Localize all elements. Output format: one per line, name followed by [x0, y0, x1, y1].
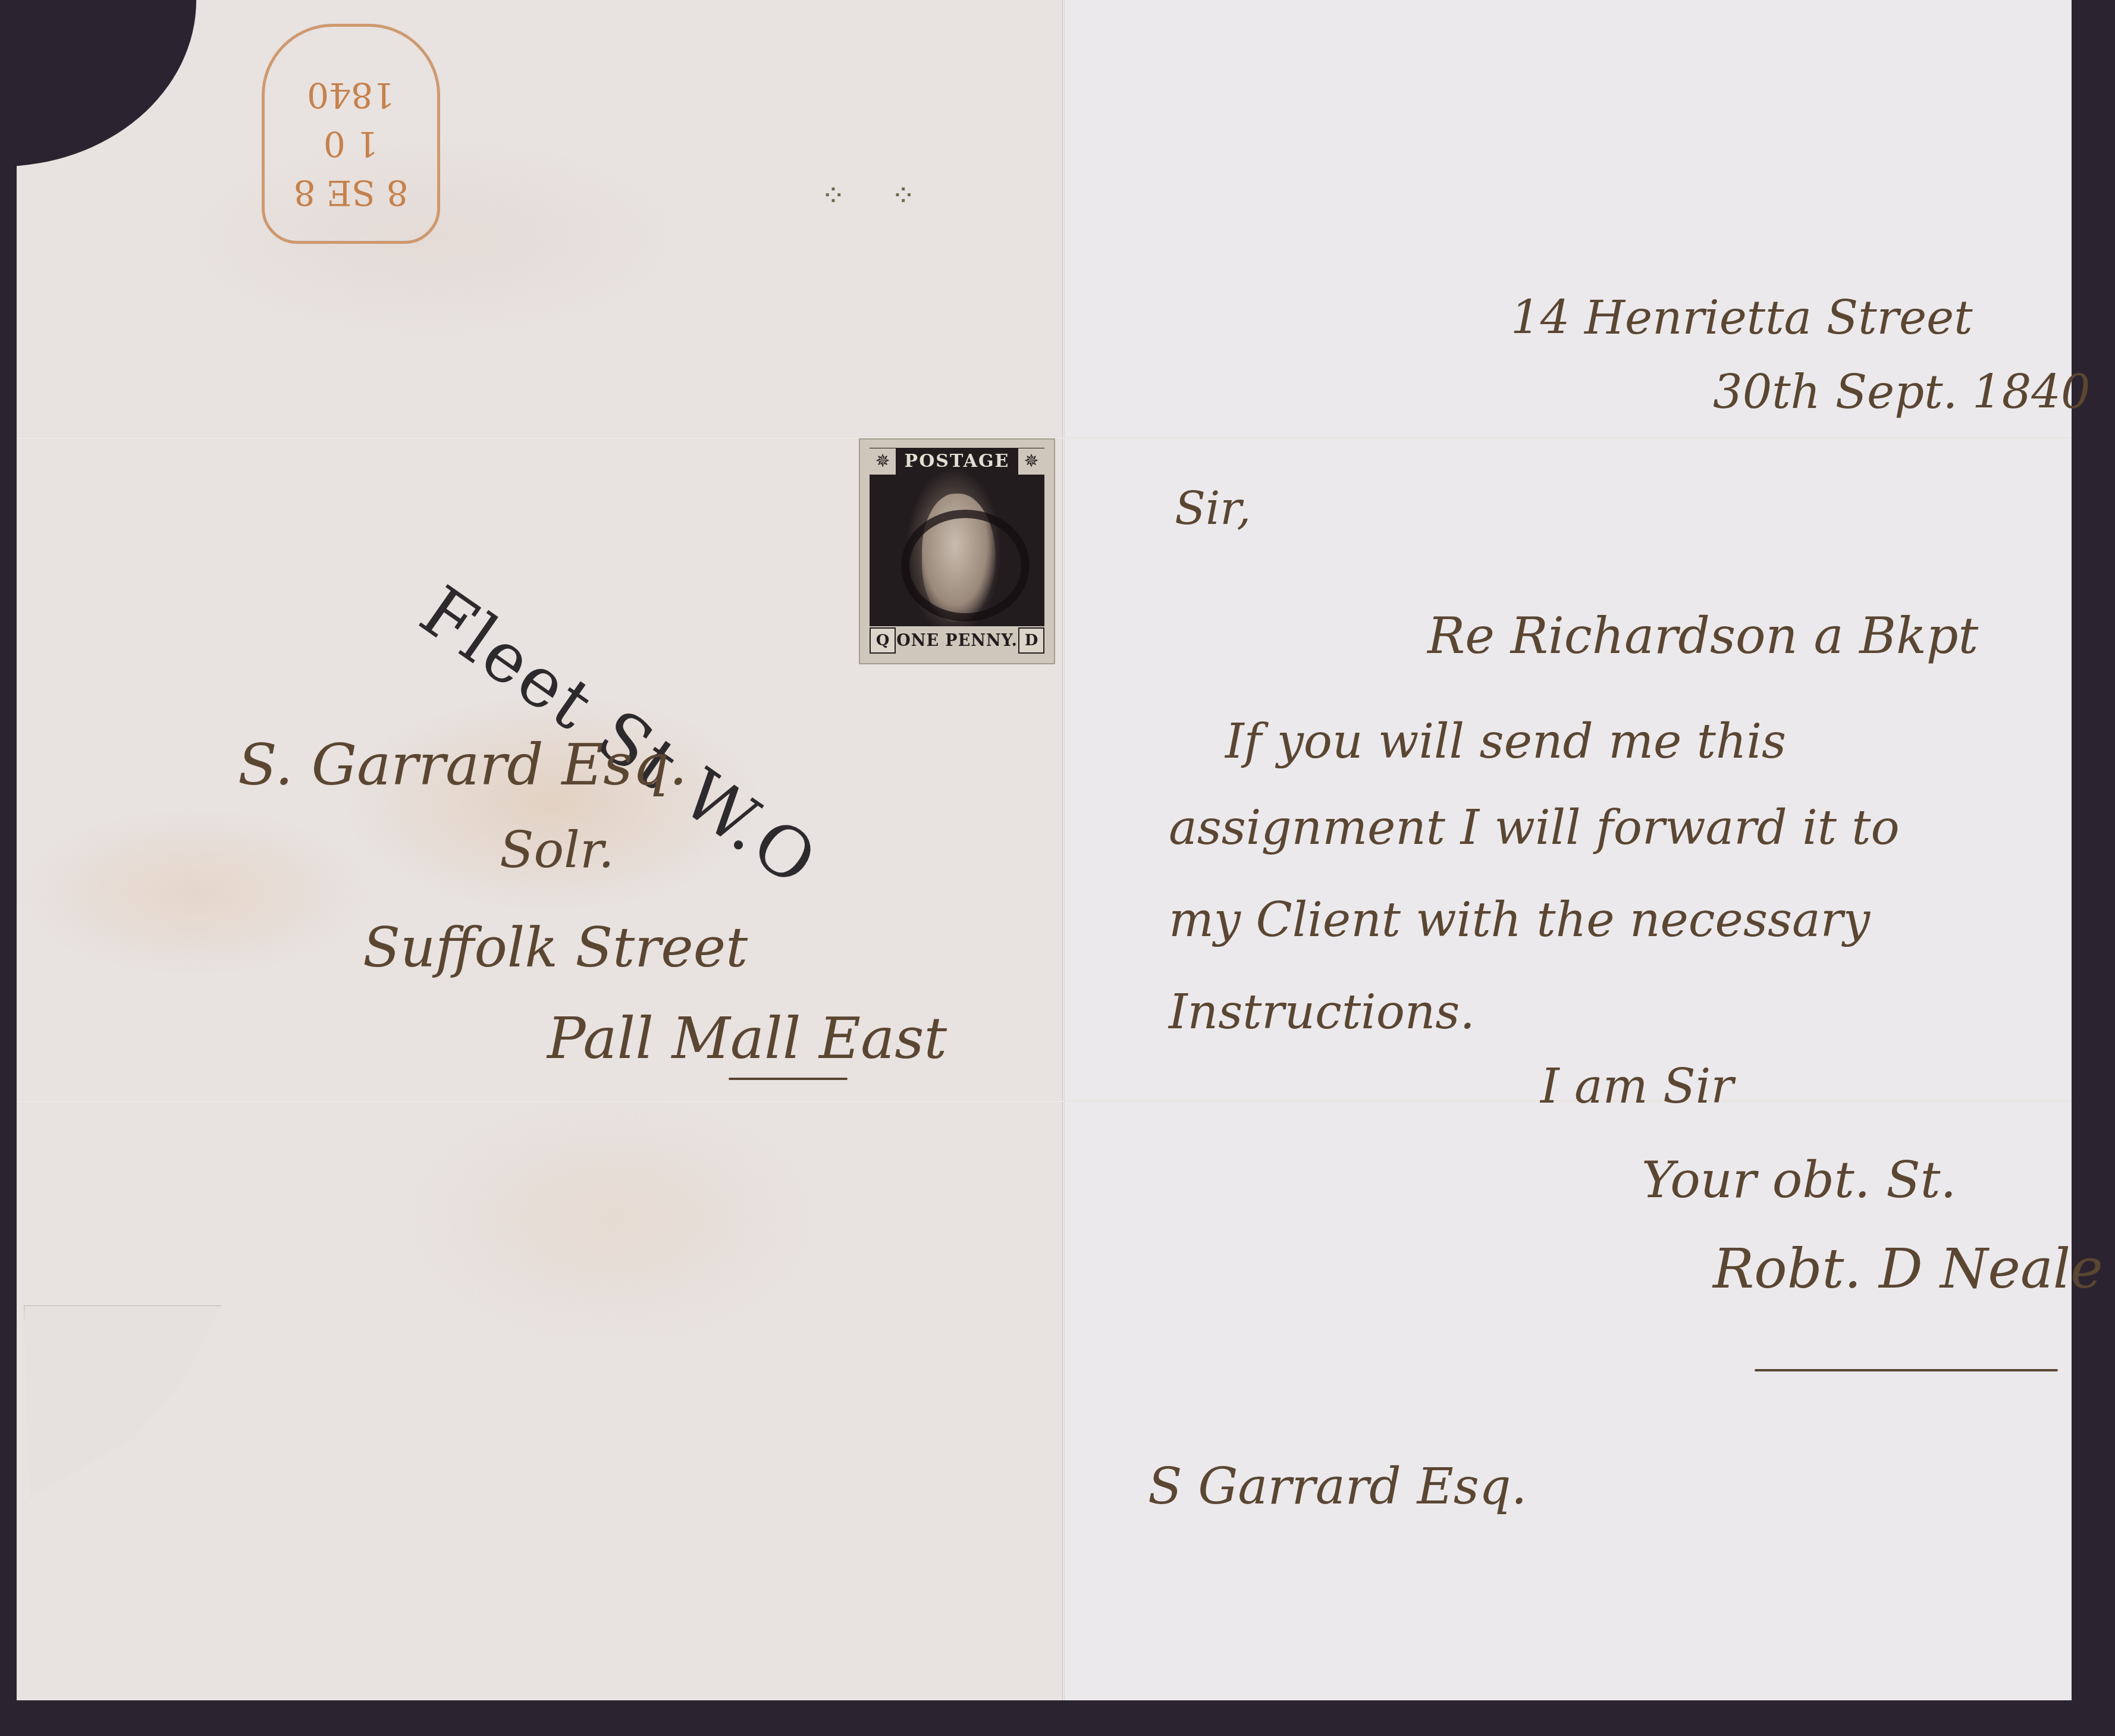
closing-line-2: Your obt. St. [1642, 1151, 1956, 1209]
address-district: Pall Mall East [547, 1005, 947, 1072]
maltese-cross-cancel [901, 510, 1030, 621]
signature: Robt. D Neale [1713, 1237, 2103, 1301]
vertical-fold [1062, 0, 1065, 1713]
letter-recipient: S Garrard Esq. [1148, 1457, 1527, 1515]
star-icon: ✵ [1018, 448, 1044, 475]
salutation: Sir, [1175, 482, 1251, 535]
body-line-2: assignment I will forward it to [1169, 800, 1900, 855]
stamp-corner-letter-right: D [1018, 627, 1044, 654]
closing-line-1: I am Sir [1540, 1059, 1734, 1114]
signature-underline [1755, 1369, 2058, 1371]
torn-bottom-edge [0, 1700, 2115, 1736]
stamp-top-band: ✵ POSTAGE ✵ [870, 448, 1044, 475]
letter-subject: Re Richardson a Bkpt [1427, 607, 1978, 665]
sender-address: 14 Henrietta Street [1511, 291, 1973, 345]
postmark-line-1: 8 SE 8 [265, 168, 437, 217]
star-icon: ✵ [870, 448, 896, 475]
ink-offset-marks: ⁘ ⁘ [821, 178, 934, 213]
postmark-line-2: 1 0 [265, 120, 437, 168]
stamp-postage-label: POSTAGE [905, 451, 1010, 472]
stamp-value-label: ONE PENNY. [896, 632, 1018, 650]
dated-postmark: 8 SE 8 1 0 1840 [262, 24, 440, 244]
postmark-line-3: 1840 [265, 71, 437, 120]
address-street: Suffolk Street [363, 916, 748, 980]
letter-date: 30th Sept. 1840 [1713, 366, 2091, 419]
body-line-1: If you will send me this [1225, 714, 1786, 769]
letter-panel [1063, 0, 2072, 1713]
address-recipient: S. Garrard Esq. [238, 732, 687, 798]
stamp-design: ✵ POSTAGE ✵ Q ONE PENNY. D [870, 448, 1044, 655]
horizontal-fold-lower [17, 1100, 2072, 1102]
penny-black-stamp: ✵ POSTAGE ✵ Q ONE PENNY. D [859, 438, 1055, 664]
stamp-corner-letter-left: Q [870, 627, 896, 654]
body-line-4: Instructions. [1169, 984, 1475, 1040]
body-line-3: my Client with the necessary [1169, 892, 1870, 947]
address-underline [729, 1078, 848, 1080]
stamp-bottom-band: Q ONE PENNY. D [870, 626, 1044, 655]
address-title: Solr. [500, 821, 614, 879]
